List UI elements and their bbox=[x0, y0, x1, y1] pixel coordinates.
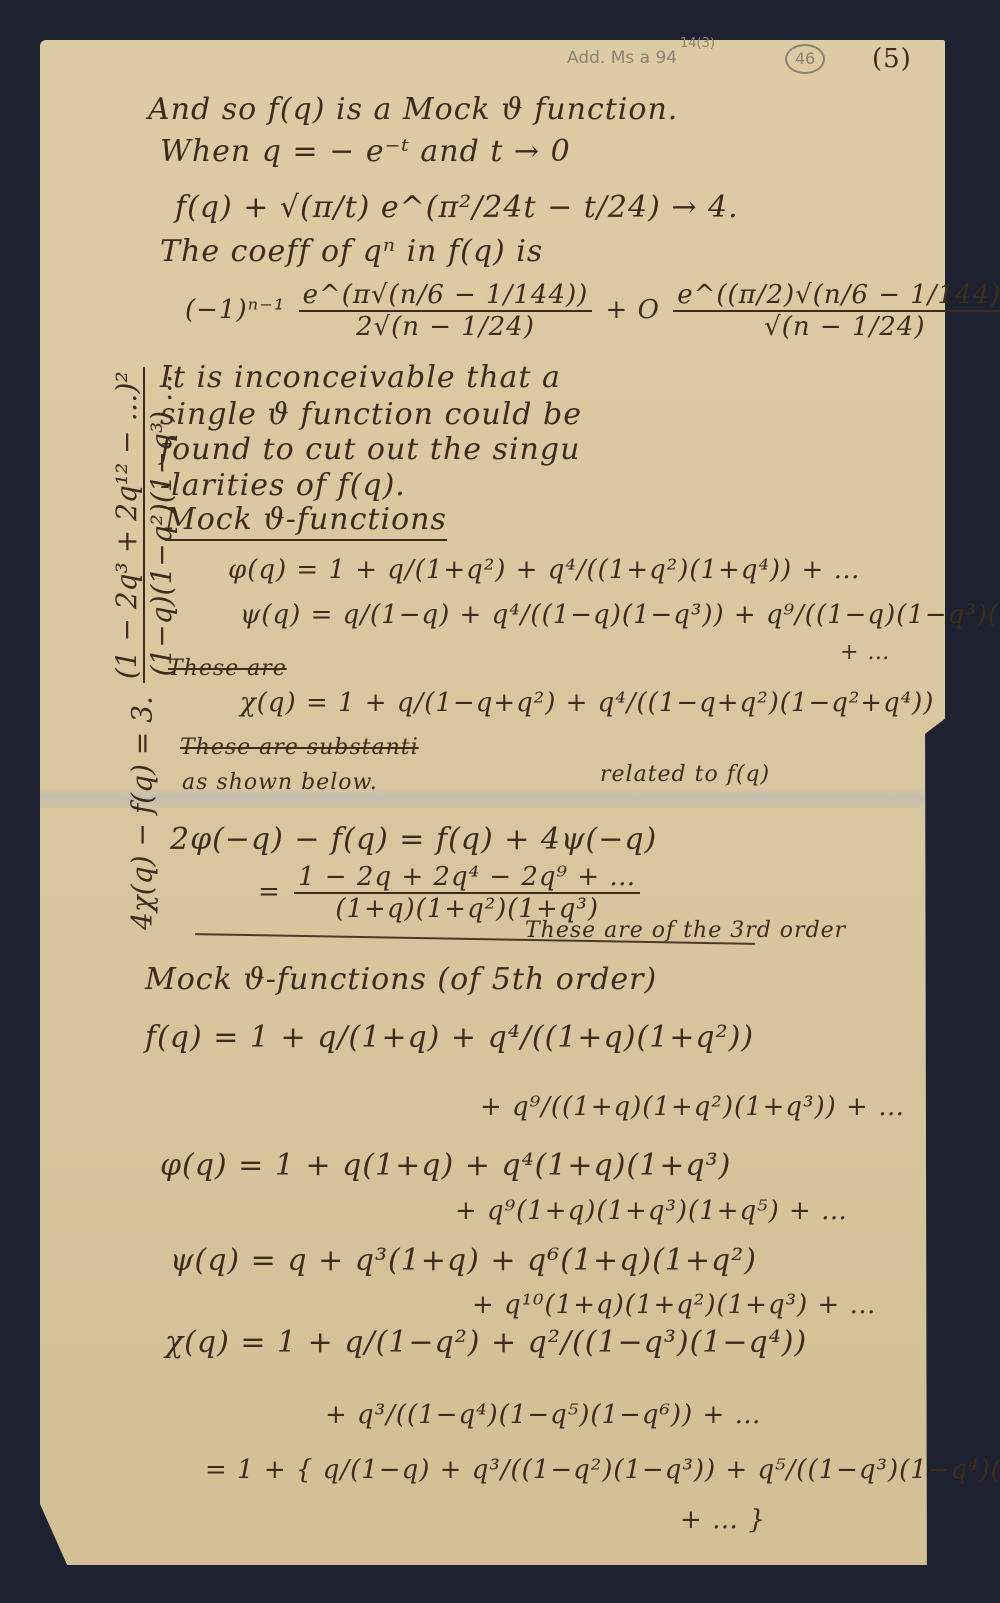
chi-fifth-order-line-3: = 1 + { q/(1−q) + q³/((1−q²)(1−q³)) + q⁵… bbox=[205, 1455, 1000, 1485]
big-o: + O bbox=[606, 295, 660, 325]
psi-fifth-order-line-1: ψ(q) = q + q³(1+q) + q⁶(1+q)(1+q²) bbox=[170, 1243, 757, 1278]
heading-mock-theta-functions: Mock ϑ-functions bbox=[165, 502, 447, 537]
line-when-q: When q = − e⁻ᵗ and t → 0 bbox=[160, 134, 571, 169]
struck-text-substanti: These are substanti bbox=[180, 735, 419, 760]
para-line-4: -larities of f(q). bbox=[160, 468, 406, 503]
shelfmark: Add. Ms a 94 bbox=[567, 48, 677, 68]
folio-number-circled: 46 bbox=[785, 44, 825, 74]
relation-line-2: = 1 − 2q + 2q⁴ − 2q⁹ + … (1+q)(1+q²)(1+q… bbox=[258, 862, 644, 924]
sign-factor: (−1)ⁿ⁻¹ bbox=[185, 295, 285, 325]
chi-fifth-order-line-1: χ(q) = 1 + q/(1−q²) + q²/((1−q³)(1−q⁴)) bbox=[165, 1325, 807, 1360]
chi-third-order: χ(q) = 1 + q/(1−q+q²) + q⁴/((1−q+q²)(1−q… bbox=[240, 688, 934, 718]
relation-fraction: 1 − 2q + 2q⁴ − 2q⁹ + … (1+q)(1+q²)(1+q³) bbox=[294, 862, 640, 924]
error-term-denominator: √(n − 1/24) bbox=[760, 312, 929, 342]
line-coefficient-intro: The coeff of qⁿ in f(q) is bbox=[160, 234, 543, 269]
phi-fifth-order-line-1: φ(q) = 1 + q(1+q) + q⁴(1+q)(1+q³) bbox=[160, 1148, 731, 1183]
as-shown-below: as shown below. bbox=[182, 770, 378, 795]
shelfmark-superscript: 14(3) bbox=[680, 36, 715, 51]
error-term: e^((π/2)√(n/6 − 1/144)) √(n − 1/24) bbox=[673, 280, 1000, 342]
psi-continuation: + … bbox=[840, 640, 890, 665]
margin-formula-numerator: (1 − 2q³ + 2q¹² − …)² bbox=[110, 367, 145, 683]
phi-third-order: φ(q) = 1 + q/(1+q²) + q⁴/((1+q²)(1+q⁴)) … bbox=[228, 555, 861, 585]
psi-fifth-order-line-2: + q¹⁰(1+q)(1+q²)(1+q³) + … bbox=[472, 1290, 876, 1320]
line-mock-theta-statement: And so f(q) is a Mock ϑ function. bbox=[148, 92, 678, 127]
relation-numerator: 1 − 2q + 2q⁴ − 2q⁹ + … bbox=[294, 862, 640, 894]
relation-line-1: 2φ(−q) − f(q) = f(q) + 4ψ(−q) bbox=[170, 822, 657, 857]
heading-fifth-order: Mock ϑ-functions (of 5th order) bbox=[145, 962, 657, 997]
chi-fifth-order-line-4: + … } bbox=[680, 1505, 766, 1535]
para-line-1: It is inconceivable that a bbox=[160, 360, 561, 395]
heading-text: Mock ϑ-functions bbox=[165, 502, 447, 541]
line-asymptotic: f(q) + √(π/t) e^(π²/24t − t/24) → 4. bbox=[175, 190, 739, 225]
f-fifth-order-line-2: + q⁹/((1+q)(1+q²)(1+q³)) + … bbox=[480, 1092, 905, 1122]
main-term-denominator: 2√(n − 1/24) bbox=[352, 312, 539, 342]
para-line-2: single ϑ function could be bbox=[160, 397, 582, 432]
phi-fifth-order-line-2: + q⁹(1+q)(1+q³)(1+q⁵) + … bbox=[455, 1196, 848, 1226]
para-line-3: found to cut out the singu bbox=[160, 432, 580, 467]
main-term-numerator: e^(π√(n/6 − 1/144)) bbox=[299, 280, 593, 312]
related-to-f: related to f(q) bbox=[600, 762, 770, 787]
struck-text-these-are: These are bbox=[168, 656, 287, 681]
f-fifth-order-line-1: f(q) = 1 + q/(1+q) + q⁴/((1+q)(1+q²)) bbox=[145, 1020, 754, 1055]
psi-third-order: ψ(q) = q/(1−q) + q⁴/((1−q)(1−q³)) + q⁹/(… bbox=[240, 600, 1000, 630]
chi-fifth-order-line-2: + q³/((1−q⁴)(1−q⁵)(1−q⁶)) + … bbox=[325, 1400, 762, 1430]
error-term-numerator: e^((π/2)√(n/6 − 1/144)) bbox=[673, 280, 1000, 312]
page-number: (5) bbox=[872, 44, 912, 74]
main-term: e^(π√(n/6 − 1/144)) 2√(n − 1/24) bbox=[299, 280, 593, 342]
note-third-order: These are of the 3rd order bbox=[525, 918, 846, 943]
equals-sign: = bbox=[258, 877, 281, 907]
coefficient-formula: (−1)ⁿ⁻¹ e^(π√(n/6 − 1/144)) 2√(n − 1/24)… bbox=[185, 280, 1000, 342]
margin-formula-lhs: 4χ(q) − f(q) = 3. bbox=[126, 696, 159, 930]
